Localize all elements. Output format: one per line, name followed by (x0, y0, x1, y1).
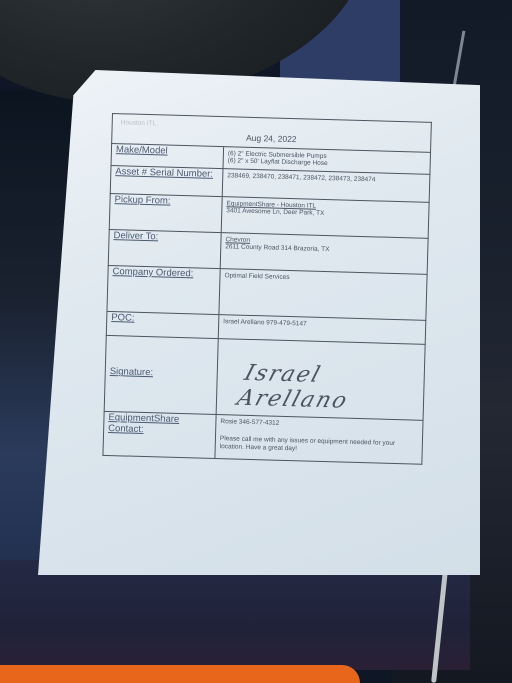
background-orange-cloth (0, 665, 360, 683)
make-model-label: Make/Model (111, 144, 224, 169)
poc-value: Israel Arellano 979-479-5147 (223, 318, 421, 331)
contact-message: Please call me with any issues or equipm… (220, 435, 418, 455)
office-header: Houston ITL (114, 114, 162, 132)
asset-serial-value: 238469, 238470, 238471, 238472, 238473, … (227, 172, 425, 185)
company-ordered-value: Optimal Field Services (224, 272, 422, 285)
delivery-form: Houston ITL Aug 24, 2022 Make/Model (6) … (102, 113, 433, 464)
company-ordered-label: Company Ordered: (107, 265, 220, 314)
pickup-from-label: Pickup From: (109, 193, 222, 232)
signature-label: Signature: (104, 335, 218, 414)
asset-serial-label: Asset # Serial Number: (110, 165, 223, 196)
delivery-form-table: Houston ITL Aug 24, 2022 Make/Model (6) … (102, 113, 431, 464)
table-row: Signature: Israel Arellano (104, 335, 425, 419)
background-jeans (0, 560, 470, 670)
poc-label: POC: (106, 311, 219, 338)
table-row: EquipmentShare Contact: Rosie 346-577-43… (103, 411, 423, 464)
equipmentshare-contact-label: EquipmentShare Contact: (103, 411, 216, 458)
form-date: Aug 24, 2022 (246, 133, 297, 144)
contact-value: Rosie 346-577-4312 (220, 418, 418, 431)
signature-handwritten: Israel Arellano (234, 361, 427, 416)
deliver-to-label: Deliver To: (108, 229, 221, 268)
